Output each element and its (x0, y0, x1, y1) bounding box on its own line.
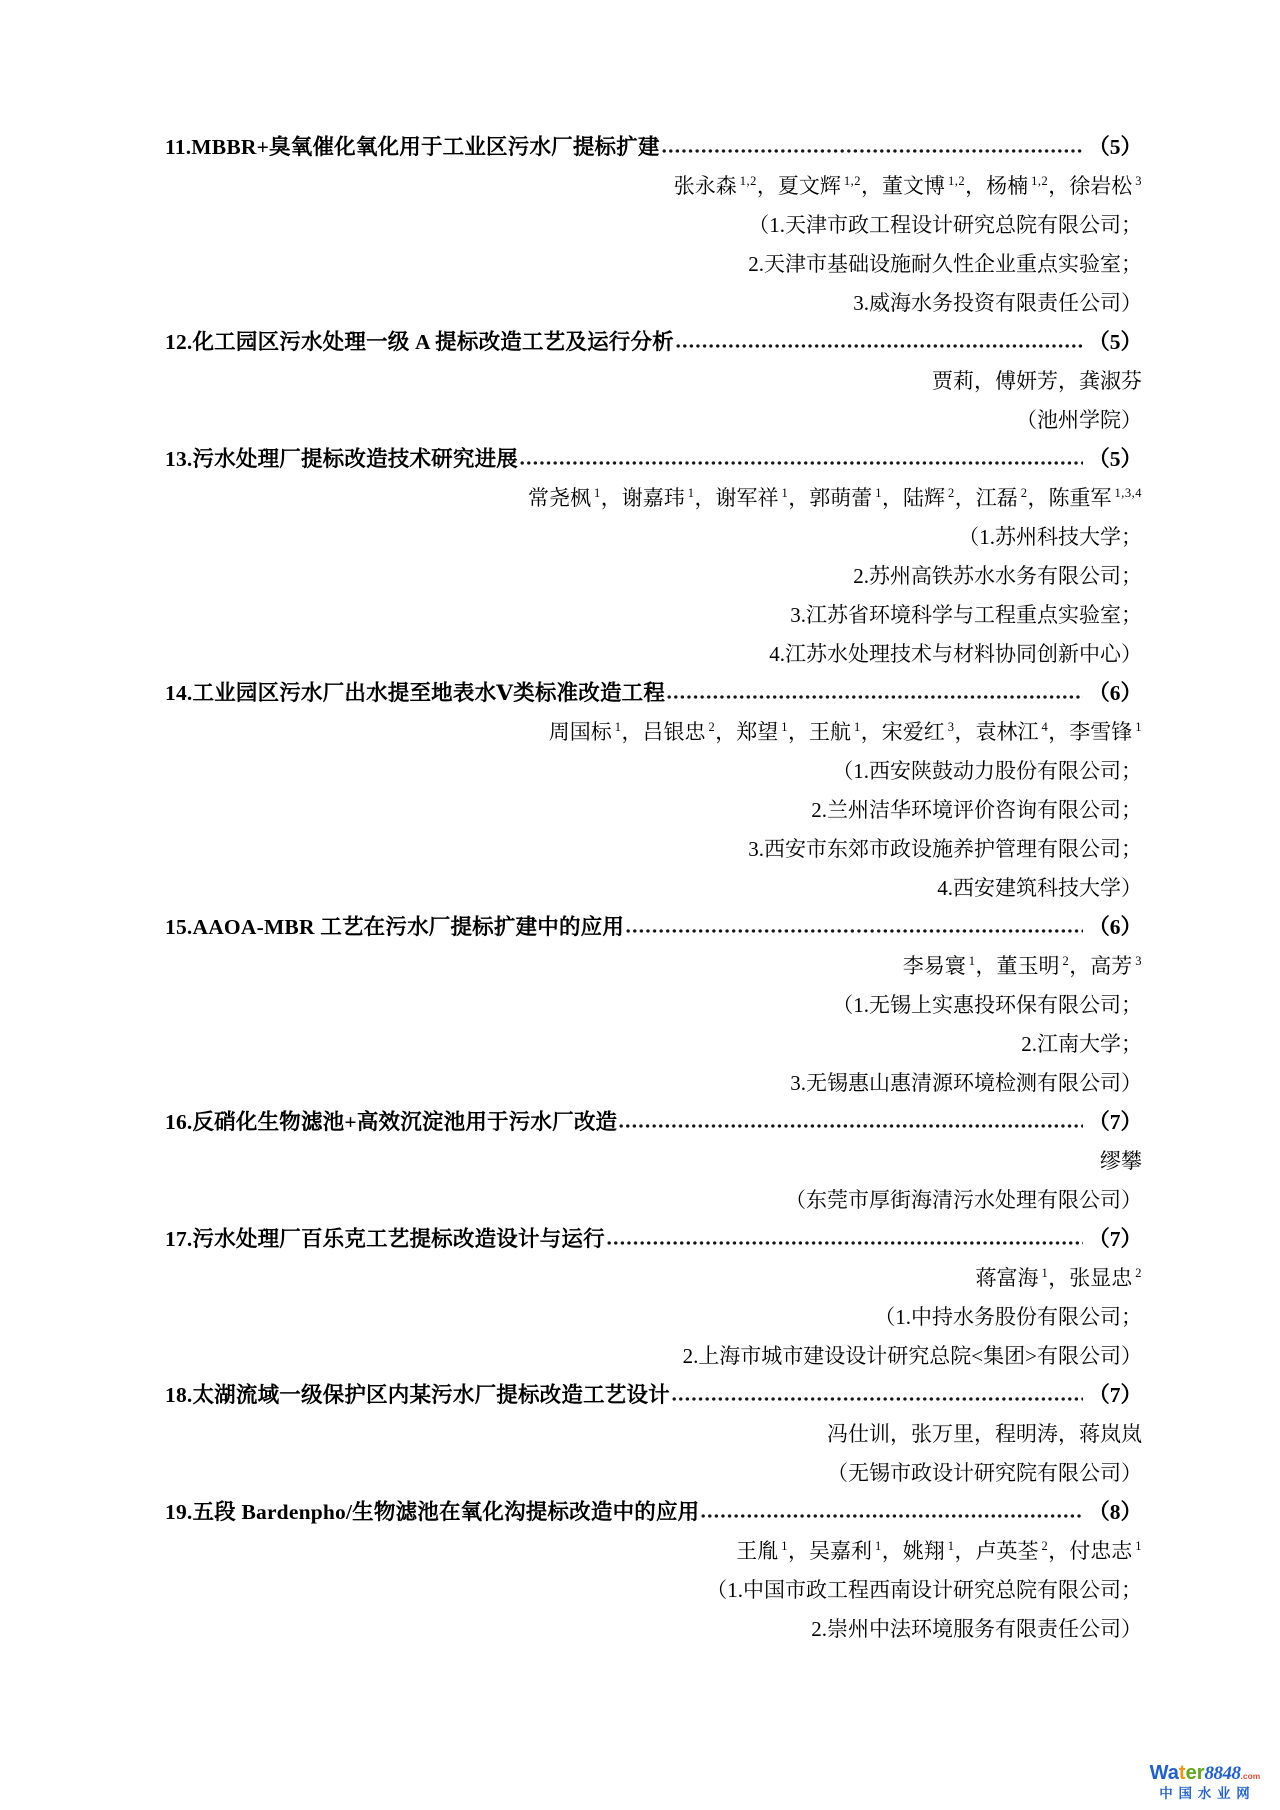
author-separator: ， (715, 720, 736, 744)
author-affiliation-superscript: 1 (1135, 1539, 1142, 1553)
author-name: 李雪锋 (1069, 720, 1132, 744)
toc-entry-title-line: 15.AAOA-MBR 工艺在污水厂提标扩建中的应用（6） (165, 908, 1142, 947)
author-separator: ， (1048, 720, 1069, 744)
dotted-leader (672, 1397, 1083, 1401)
author-affiliation-superscript: 1,3,4 (1115, 486, 1143, 500)
dotted-leader (662, 149, 1084, 153)
author-affiliation-superscript: 1,2 (740, 174, 757, 188)
author-name: 程明涛 (995, 1422, 1058, 1446)
author-name: 袁林江 (976, 720, 1039, 744)
author-affiliation-superscript: 1 (854, 720, 861, 734)
toc-entry-affiliation: （无锡市政设计研究院有限公司） (165, 1454, 1142, 1493)
author-name: 高芳 (1090, 954, 1132, 978)
toc-entry-page-number: （7） (1088, 1376, 1142, 1415)
toc-entry-page-number: （5） (1088, 440, 1142, 479)
logo-letter-group: 8848 (1205, 1764, 1241, 1784)
author-name: 吕银忠 (643, 720, 706, 744)
toc-entry-affiliation: （1.中国市政工程西南设计研究总院有限公司； (165, 1571, 1142, 1610)
toc-entry-page-number: （7） (1088, 1103, 1142, 1142)
author-name: 张万里 (911, 1422, 974, 1446)
toc-entry-title-line: 12.化工园区污水处理一级 A 提标改造工艺及运行分析（5） (165, 323, 1142, 362)
author-affiliation-superscript: 2 (948, 486, 955, 500)
author-name: 王胤 (736, 1539, 778, 1563)
author-affiliation-superscript: 1,2 (844, 174, 861, 188)
toc-entry-title: 16.反硝化生物滤池+高效沉淀池用于污水厂改造 (165, 1103, 617, 1142)
toc-entry-title: 19.五段 Bardenpho/生物滤池在氧化沟提标改造中的应用 (165, 1493, 699, 1532)
toc-entry-affiliation: 2.江南大学； (165, 1025, 1142, 1064)
logo-subtitle: 中 国 水 业 网 (1139, 1787, 1271, 1801)
toc-entry-affiliation: （1.中持水务股份有限公司； (165, 1298, 1142, 1337)
author-separator: ， (1058, 1422, 1079, 1446)
author-separator: ， (1048, 1266, 1069, 1290)
dotted-leader (619, 1124, 1083, 1128)
author-name: 杨楠 (986, 174, 1028, 198)
author-separator: ， (882, 1539, 903, 1563)
toc-entry-affiliation: 2.崇州中法环境服务有限责任公司） (165, 1610, 1142, 1649)
toc-entry-affiliation: 2.上海市城市建设设计研究总院<集团>有限公司） (165, 1337, 1142, 1376)
toc-entry-title-line: 17.污水处理厂百乐克工艺提标改造设计与运行（7） (165, 1220, 1142, 1259)
toc-entry-affiliation: 3.威海水务投资有限责任公司） (165, 284, 1142, 323)
toc-entry-page-number: （6） (1088, 908, 1142, 947)
author-separator: ， (1048, 1539, 1069, 1563)
logo-letter-group: t (1179, 1763, 1186, 1784)
logo-letter-group: Wa (1150, 1763, 1179, 1784)
author-separator: ， (1028, 486, 1049, 510)
toc-entry: 16.反硝化生物滤池+高效沉淀池用于污水厂改造（7）缪攀（东莞市厚街海清污水处理… (165, 1103, 1142, 1220)
author-affiliation-superscript: 3 (1135, 954, 1142, 968)
toc-entry-authors: 缪攀 (165, 1142, 1142, 1181)
author-separator: ， (1048, 174, 1069, 198)
author-separator: ， (890, 1422, 911, 1446)
toc-entry: 13.污水处理厂提标改造技术研究进展（5）常尧枫1，谢嘉玮1，谢军祥1，郭萌蕾1… (165, 440, 1142, 674)
author-name: 谢嘉玮 (622, 486, 685, 510)
author-separator: ， (622, 720, 643, 744)
toc-entry-authors: 常尧枫1，谢嘉玮1，谢军祥1，郭萌蕾1，陆辉2，江磊2，陈重军1,3,4 (165, 479, 1142, 518)
toc-entry-affiliation: （1.苏州科技大学； (165, 518, 1142, 557)
toc-entry-affiliation: 2.兰州洁华环境评价咨询有限公司； (165, 791, 1142, 830)
toc-entry-affiliation: 3.江苏省环境科学与工程重点实验室； (165, 596, 1142, 635)
author-separator: ， (955, 486, 976, 510)
author-affiliation-superscript: 2 (1135, 1266, 1142, 1280)
author-separator: ， (955, 1539, 976, 1563)
toc-entry: 19.五段 Bardenpho/生物滤池在氧化沟提标改造中的应用（8）王胤1，吴… (165, 1493, 1142, 1649)
toc-entry-affiliation: 4.江苏水处理技术与材料协同创新中心） (165, 635, 1142, 674)
toc-entry-authors: 张永森1,2，夏文辉1,2，董文博1,2，杨楠1,2，徐岩松3 (165, 167, 1142, 206)
toc-entry-authors: 李易寰1，董玉明2，高芳3 (165, 947, 1142, 986)
author-name: 郑望 (736, 720, 778, 744)
author-separator: ， (788, 720, 809, 744)
author-affiliation-superscript: 1,2 (1031, 174, 1048, 188)
author-separator: ， (601, 486, 622, 510)
author-name: 张永森 (674, 174, 737, 198)
toc-entry-affiliation: 4.西安建筑科技大学） (165, 869, 1142, 908)
logo-letter-group: er (1186, 1763, 1205, 1784)
author-name: 宋爱红 (882, 720, 945, 744)
author-affiliation-superscript: 1 (969, 954, 976, 968)
author-name: 陆辉 (903, 486, 945, 510)
toc-entry-page-number: （5） (1088, 128, 1142, 167)
toc-entry-affiliation: （东莞市厚街海清污水处理有限公司） (165, 1181, 1142, 1220)
author-separator: ， (965, 174, 986, 198)
author-affiliation-superscript: 2 (1021, 486, 1028, 500)
author-name: 徐岩松 (1069, 174, 1132, 198)
toc-entry-affiliation: （1.天津市政工程设计研究总院有限公司； (165, 206, 1142, 245)
author-name: 谢军祥 (716, 486, 779, 510)
toc-entry-title: 15.AAOA-MBR 工艺在污水厂提标扩建中的应用 (165, 908, 624, 947)
toc-entry-title: 14.工业园区污水厂出水提至地表水Ⅴ类标准改造工程 (165, 674, 665, 713)
author-affiliation-superscript: 1 (1135, 720, 1142, 734)
toc-entry-affiliation: （池州学院） (165, 401, 1142, 440)
toc-entry-title: 17.污水处理厂百乐克工艺提标改造设计与运行 (165, 1220, 605, 1259)
author-separator: ， (757, 174, 778, 198)
author-name: 冯仕训 (827, 1422, 890, 1446)
author-name: 姚翔 (903, 1539, 945, 1563)
author-name: 张显忠 (1069, 1266, 1132, 1290)
author-name: 缪攀 (1100, 1149, 1142, 1173)
author-separator: ， (788, 486, 809, 510)
toc-entry-authors: 蒋富海1，张显忠2 (165, 1259, 1142, 1298)
dotted-leader (520, 461, 1083, 465)
author-affiliation-superscript: 1,2 (948, 174, 965, 188)
toc-entry-title: 11.MBBR+臭氧催化氧化用于工业区污水厂提标扩建 (165, 128, 660, 167)
author-name: 傅妍芳 (995, 369, 1058, 393)
toc-entry-affiliation: （1.无锡上实惠投环保有限公司； (165, 986, 1142, 1025)
author-name: 陈重军 (1049, 486, 1112, 510)
author-separator: ， (788, 1539, 809, 1563)
toc-entry-affiliation: （1.西安陕鼓动力股份有限公司； (165, 752, 1142, 791)
author-affiliation-superscript: 1 (594, 486, 601, 500)
toc-entry-affiliation: 2.苏州高铁苏水水务有限公司； (165, 557, 1142, 596)
author-separator: ， (1069, 954, 1090, 978)
dotted-leader (667, 695, 1083, 699)
toc-list: 11.MBBR+臭氧催化氧化用于工业区污水厂提标扩建（5）张永森1,2，夏文辉1… (165, 128, 1142, 1649)
author-name: 王航 (809, 720, 851, 744)
author-name: 卢英荃 (976, 1539, 1039, 1563)
toc-entry-page-number: （6） (1088, 674, 1142, 713)
toc-entry-title: 12.化工园区污水处理一级 A 提标改造工艺及运行分析 (165, 323, 674, 362)
author-name: 龚淑芬 (1079, 369, 1142, 393)
toc-entry-title-line: 18.太湖流域一级保护区内某污水厂提标改造工艺设计（7） (165, 1376, 1142, 1415)
toc-entry-affiliation: 3.西安市东郊市政设施养护管理有限公司； (165, 830, 1142, 869)
author-name: 李易寰 (903, 954, 966, 978)
toc-entry-title-line: 11.MBBR+臭氧催化氧化用于工业区污水厂提标扩建（5） (165, 128, 1142, 167)
toc-entry: 14.工业园区污水厂出水提至地表水Ⅴ类标准改造工程（6）周国标1，吕银忠2，郑望… (165, 674, 1142, 908)
dotted-leader (676, 344, 1083, 348)
toc-entry-affiliation: 3.无锡惠山惠清源环境检测有限公司） (165, 1064, 1142, 1103)
toc-entry-title-line: 13.污水处理厂提标改造技术研究进展（5） (165, 440, 1142, 479)
author-separator: ， (861, 720, 882, 744)
author-name: 郭萌蕾 (809, 486, 872, 510)
toc-entry-authors: 冯仕训，张万里，程明涛，蒋岚岚 (165, 1415, 1142, 1454)
author-affiliation-superscript: 1 (948, 1539, 955, 1553)
toc-entry-authors: 贾莉，傅妍芳，龚淑芬 (165, 362, 1142, 401)
author-name: 吴嘉利 (809, 1539, 872, 1563)
author-name: 夏文辉 (778, 174, 841, 198)
author-separator: ， (955, 720, 976, 744)
toc-entry-authors: 周国标1，吕银忠2，郑望1，王航1，宋爱红3，袁林江4，李雪锋1 (165, 713, 1142, 752)
author-name: 常尧枫 (528, 486, 591, 510)
author-affiliation-superscript: 3 (948, 720, 955, 734)
author-affiliation-superscript: 1 (615, 720, 622, 734)
author-affiliation-superscript: 1 (875, 1539, 882, 1553)
author-name: 董玉明 (997, 954, 1060, 978)
toc-entry-title-line: 19.五段 Bardenpho/生物滤池在氧化沟提标改造中的应用（8） (165, 1493, 1142, 1532)
toc-entry-affiliation: 2.天津市基础设施耐久性企业重点实验室； (165, 245, 1142, 284)
author-name: 周国标 (549, 720, 612, 744)
toc-entry-title: 13.污水处理厂提标改造技术研究进展 (165, 440, 518, 479)
author-affiliation-superscript: 1 (688, 486, 695, 500)
author-affiliation-superscript: 1 (781, 1539, 788, 1553)
toc-entry-page-number: （8） (1088, 1493, 1142, 1532)
author-name: 蒋富海 (976, 1266, 1039, 1290)
dotted-leader (626, 929, 1083, 933)
author-name: 江磊 (976, 486, 1018, 510)
author-separator: ， (974, 369, 995, 393)
author-separator: ， (861, 174, 882, 198)
toc-entry-title-line: 14.工业园区污水厂出水提至地表水Ⅴ类标准改造工程（6） (165, 674, 1142, 713)
author-separator: ， (1058, 369, 1079, 393)
toc-entry: 17.污水处理厂百乐克工艺提标改造设计与运行（7）蒋富海1，张显忠2（1.中持水… (165, 1220, 1142, 1376)
author-name: 付忠志 (1069, 1539, 1132, 1563)
toc-entry: 18.太湖流域一级保护区内某污水厂提标改造工艺设计（7）冯仕训，张万里，程明涛，… (165, 1376, 1142, 1493)
toc-entry: 12.化工园区污水处理一级 A 提标改造工艺及运行分析（5）贾莉，傅妍芳，龚淑芬… (165, 323, 1142, 440)
toc-entry-authors: 王胤1，吴嘉利1，姚翔1，卢英荃2，付忠志1 (165, 1532, 1142, 1571)
toc-entry: 11.MBBR+臭氧催化氧化用于工业区污水厂提标扩建（5）张永森1,2，夏文辉1… (165, 128, 1142, 323)
water8848-logo: Water8848.com 中 国 水 业 网 (1139, 1763, 1271, 1801)
toc-entry-title: 18.太湖流域一级保护区内某污水厂提标改造工艺设计 (165, 1376, 670, 1415)
author-name: 蒋岚岚 (1079, 1422, 1142, 1446)
toc-entry: 15.AAOA-MBR 工艺在污水厂提标扩建中的应用（6）李易寰1，董玉明2，高… (165, 908, 1142, 1103)
author-separator: ， (695, 486, 716, 510)
dotted-leader (607, 1241, 1083, 1245)
author-affiliation-superscript: 1 (875, 486, 882, 500)
toc-entry-title-line: 16.反硝化生物滤池+高效沉淀池用于污水厂改造（7） (165, 1103, 1142, 1142)
author-affiliation-superscript: 1 (781, 720, 788, 734)
author-name: 董文博 (882, 174, 945, 198)
author-separator: ， (882, 486, 903, 510)
toc-entry-page-number: （5） (1088, 323, 1142, 362)
dotted-leader (701, 1514, 1083, 1518)
author-separator: ， (976, 954, 997, 978)
logo-letter-group: .com (1241, 1772, 1261, 1781)
author-affiliation-superscript: 3 (1135, 174, 1142, 188)
toc-entry-page-number: （7） (1088, 1220, 1142, 1259)
logo-wordmark: Water8848.com (1139, 1763, 1271, 1784)
author-separator: ， (974, 1422, 995, 1446)
author-name: 贾莉 (932, 369, 974, 393)
